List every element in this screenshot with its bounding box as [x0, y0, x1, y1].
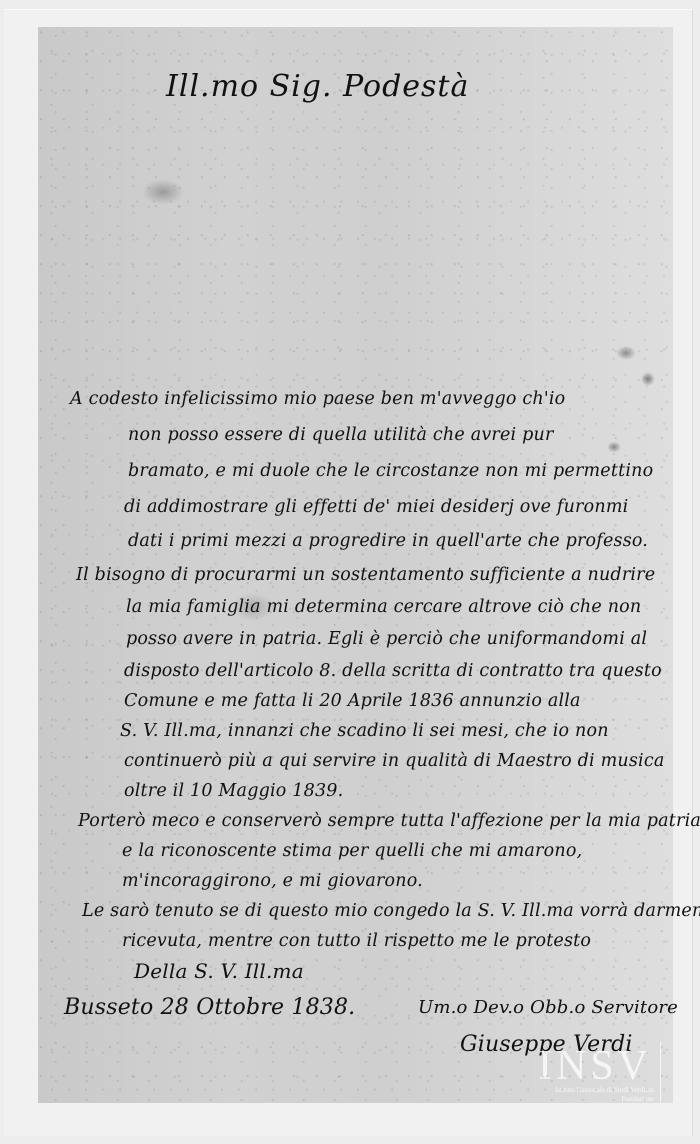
- letter-line: non posso essere di quella utilità che a…: [128, 425, 554, 445]
- letter-line: ricevuta, mentre con tutto il rispetto m…: [122, 931, 591, 951]
- letter-paper: Ill.mo Sig. Podestà A codesto infeliciss…: [38, 27, 673, 1103]
- letter-line: Le sarò tenuto se di questo mio congedo …: [82, 901, 700, 921]
- letter-line: dati i primi mezzi a progredire in quell…: [128, 531, 648, 551]
- letter-line: S. V. Ill.ma, innanzi che scadino li sei…: [120, 721, 609, 741]
- letter-line: bramato, e mi duole che le circostanze n…: [128, 461, 653, 481]
- letter-line: Il bisogno di procurarmi un sostentament…: [76, 565, 655, 585]
- watermark: INSV Istituto Nazionale di Studi Verdian…: [528, 1042, 661, 1102]
- watermark-text: Istituto Nazionale di Studi Verdiani Fon…: [514, 1086, 654, 1104]
- letter-line: e la riconoscente stima per quelli che m…: [122, 841, 582, 861]
- watermark-institution: Istituto Nazionale di Studi Verdiani: [514, 1086, 654, 1095]
- letter-salutation: Ill.mo Sig. Podestà: [166, 69, 469, 104]
- letter-line: oltre il 10 Maggio 1839.: [124, 781, 343, 801]
- letter-line: di addimostrare gli effetti de' miei des…: [124, 497, 628, 517]
- letter-line: Porterò meco e conserverò sempre tutta l…: [78, 811, 700, 831]
- letter-line: la mia famiglia mi determina cercare alt…: [126, 597, 641, 617]
- letter-line: Comune e me fatta li 20 Aprile 1836 annu…: [124, 691, 581, 711]
- letter-line: A codesto infelicissimo mio paese ben m'…: [70, 389, 565, 409]
- letter-line: posso avere in patria. Egli è perciò che…: [126, 629, 647, 649]
- letter-closing: Um.o Dev.o Obb.o Servitore: [418, 997, 678, 1018]
- watermark-subtext: Fondazione: [514, 1095, 654, 1104]
- letter-line: continuerò più a qui servire in qualità …: [124, 751, 664, 771]
- letter-place-date: Busseto 28 Ottobre 1838.: [64, 995, 355, 1020]
- letter-line: disposto dell'articolo 8. della scritta …: [124, 661, 662, 681]
- letter-line: m'incoraggirono, e mi giovarono.: [122, 871, 423, 891]
- letter-line: Della S. V. Ill.ma: [134, 959, 304, 983]
- watermark-logo: INSV: [538, 1042, 652, 1090]
